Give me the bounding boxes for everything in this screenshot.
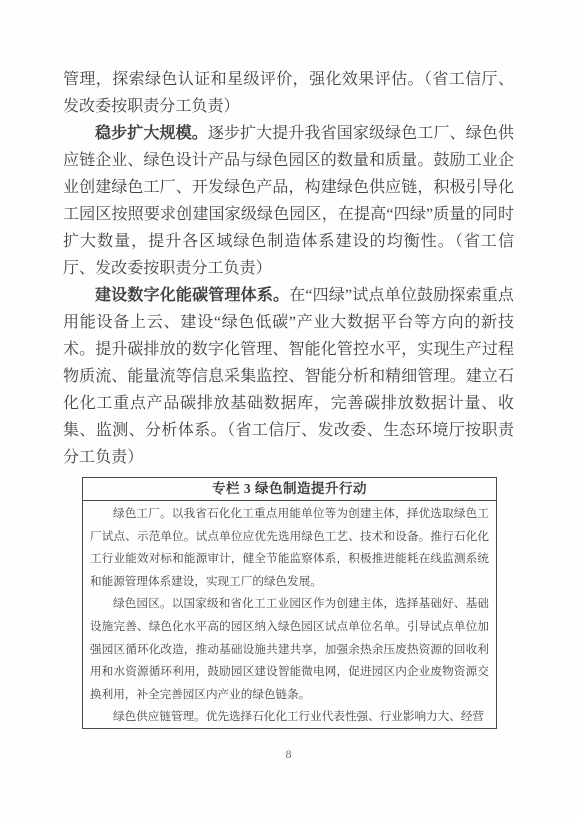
paragraph-digital-carbon: 建设数字化能碳管理体系。在“四绿”试点单位鼓励探索重点用能设备上云、建设“绿色低… bbox=[63, 282, 514, 471]
paragraph-expand-scale: 稳步扩大规模。逐步扩大提升我省国家级绿色工厂、绿色供应链企业、绿色设计产品与绿色… bbox=[63, 120, 514, 282]
page-content: 管理，探索绿色认证和星级评价，强化效果评估。（省工信厅、发改委按职责分工负责） … bbox=[63, 66, 514, 729]
page-number: 8 bbox=[0, 747, 578, 762]
paragraph-continuation: 管理，探索绿色认证和星级评价，强化效果评估。（省工信厅、发改委按职责分工负责） bbox=[63, 66, 514, 120]
callout-paragraph-green-park: 绿色园区。以国家级和省化工工业园区作为创建主体，选择基础好、基础设施完善、绿色化… bbox=[90, 593, 489, 706]
paragraph-text: 管理，探索绿色认证和星级评价，强化效果评估。（省工信厅、发改委按职责分工负责） bbox=[63, 71, 514, 115]
callout-paragraph-green-factory: 绿色工厂。以我省石化化工重点用能单位等为创建主体，择优选取绿色工厂试点、示范单位… bbox=[90, 503, 489, 593]
paragraph-text: 在“四绿”试点单位鼓励探索重点用能设备上云、建设“绿色低碳”产业大数据平台等方向… bbox=[63, 287, 514, 466]
callout-paragraph-green-supply-chain: 绿色供应链管理。优先选择石化化工行业代表性强、行业影响力大、经营 bbox=[90, 706, 489, 729]
callout-box: 专栏 3 绿色制造提升行动 绿色工厂。以我省石化化工重点用能单位等为创建主体，择… bbox=[82, 477, 497, 729]
paragraph-lead-bold: 建设数字化能碳管理体系。 bbox=[95, 287, 289, 304]
paragraph-lead-bold: 稳步扩大规模。 bbox=[95, 125, 208, 142]
callout-box-body: 绿色工厂。以我省石化化工重点用能单位等为创建主体，择优选取绿色工厂试点、示范单位… bbox=[83, 501, 496, 729]
paragraph-text: 逐步扩大提升我省国家级绿色工厂、绿色供应链企业、绿色设计产品与绿色园区的数量和质… bbox=[63, 125, 514, 277]
document-page: 管理，探索绿色认证和星级评价，强化效果评估。（省工信厅、发改委按职责分工负责） … bbox=[0, 0, 578, 818]
callout-box-title: 专栏 3 绿色制造提升行动 bbox=[83, 478, 496, 501]
